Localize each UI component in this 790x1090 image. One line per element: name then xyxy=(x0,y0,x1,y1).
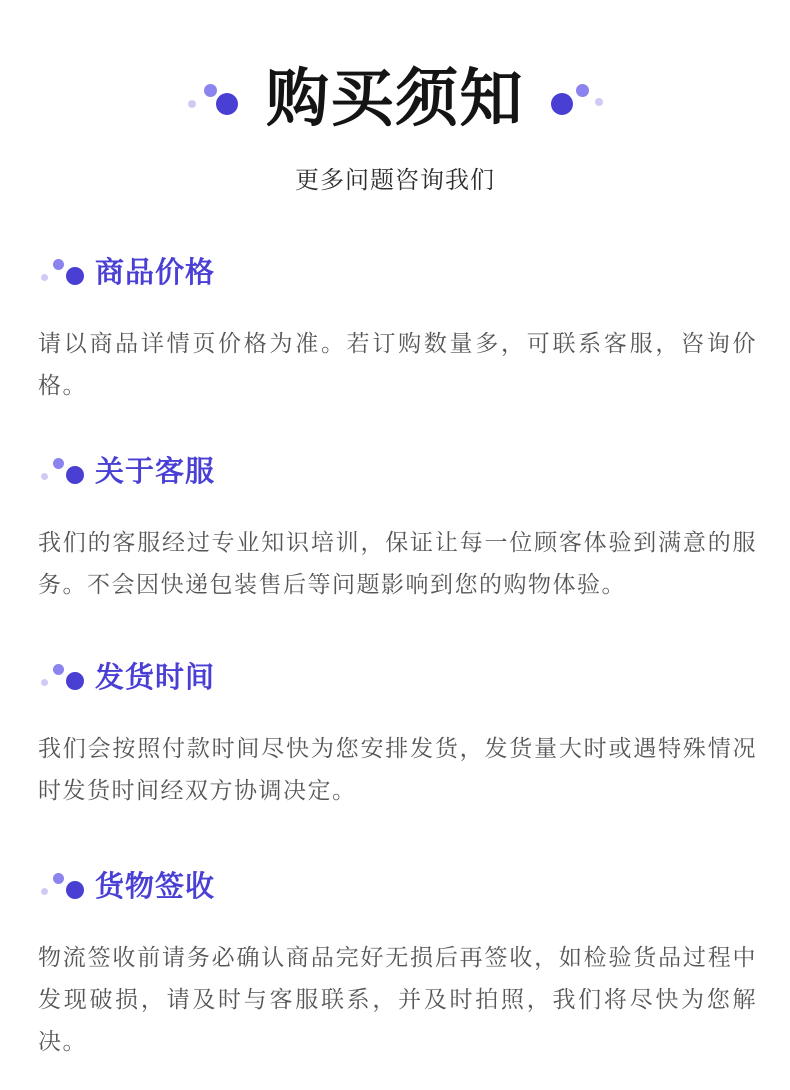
section-bullet-dots-icon xyxy=(38,869,88,905)
title-row: 购买须知 xyxy=(0,62,790,137)
medium-dot xyxy=(53,458,64,469)
section-shipping-time: 发货时间 我们会按照付款时间尽快为您安排发货，发货量大时或遇特殊情况时发货时间经… xyxy=(38,660,757,811)
dots-cluster-right-icon xyxy=(551,77,603,123)
medium-dot xyxy=(204,84,217,97)
large-dot xyxy=(216,93,238,115)
small-dot xyxy=(595,98,603,106)
small-dot xyxy=(41,274,48,281)
section-heading-row: 货物签收 xyxy=(38,869,757,905)
section-heading-row: 关于客服 xyxy=(38,454,757,490)
large-dot xyxy=(66,267,84,285)
purchase-notice-page: 购买须知 更多问题咨询我们 商品价格 请以商品详情页价格为准。若订购数量多，可联… xyxy=(0,0,790,1090)
section-body-text: 我们的客服经过专业知识培训，保证让每一位顾客体验到满意的服务。不会因快递包装售后… xyxy=(38,521,757,605)
notice-sections: 商品价格 请以商品详情页价格为准。若订购数量多，可联系客服，咨询价格。 关于客服… xyxy=(0,255,790,1062)
small-dot xyxy=(188,100,196,108)
section-goods-receipt: 货物签收 物流签收前请务必确认商品完好无损后再签收，如检验货品过程中发现破损，请… xyxy=(38,869,757,1062)
section-body-text: 物流签收前请务必确认商品完好无损后再签收，如检验货品过程中发现破损，请及时与客服… xyxy=(38,936,757,1062)
large-dot xyxy=(66,466,84,484)
section-bullet-dots-icon xyxy=(38,454,88,490)
section-heading-row: 商品价格 xyxy=(38,255,757,291)
medium-dot xyxy=(53,664,64,675)
dots-cluster-left-icon xyxy=(187,77,239,123)
section-heading: 商品价格 xyxy=(95,255,215,291)
section-body-text: 请以商品详情页价格为准。若订购数量多，可联系客服，咨询价格。 xyxy=(38,322,757,406)
page-header: 购买须知 更多问题咨询我们 xyxy=(0,0,790,195)
medium-dot xyxy=(576,84,589,97)
section-heading: 货物签收 xyxy=(95,869,215,905)
medium-dot xyxy=(53,873,64,884)
large-dot xyxy=(551,93,573,115)
section-heading: 发货时间 xyxy=(95,660,215,696)
large-dot xyxy=(66,881,84,899)
section-body-text: 我们会按照付款时间尽快为您安排发货，发货量大时或遇特殊情况时发货时间经双方协调决… xyxy=(38,727,757,811)
page-title: 购买须知 xyxy=(266,62,524,137)
section-heading: 关于客服 xyxy=(95,454,215,490)
small-dot xyxy=(41,888,48,895)
small-dot xyxy=(41,473,48,480)
section-customer-service: 关于客服 我们的客服经过专业知识培训，保证让每一位顾客体验到满意的服务。不会因快… xyxy=(38,454,757,605)
large-dot xyxy=(66,672,84,690)
page-subtitle: 更多问题咨询我们 xyxy=(0,167,790,195)
small-dot xyxy=(41,679,48,686)
section-bullet-dots-icon xyxy=(38,660,88,696)
medium-dot xyxy=(53,259,64,270)
section-bullet-dots-icon xyxy=(38,255,88,291)
section-product-price: 商品价格 请以商品详情页价格为准。若订购数量多，可联系客服，咨询价格。 xyxy=(38,255,757,406)
section-heading-row: 发货时间 xyxy=(38,660,757,696)
